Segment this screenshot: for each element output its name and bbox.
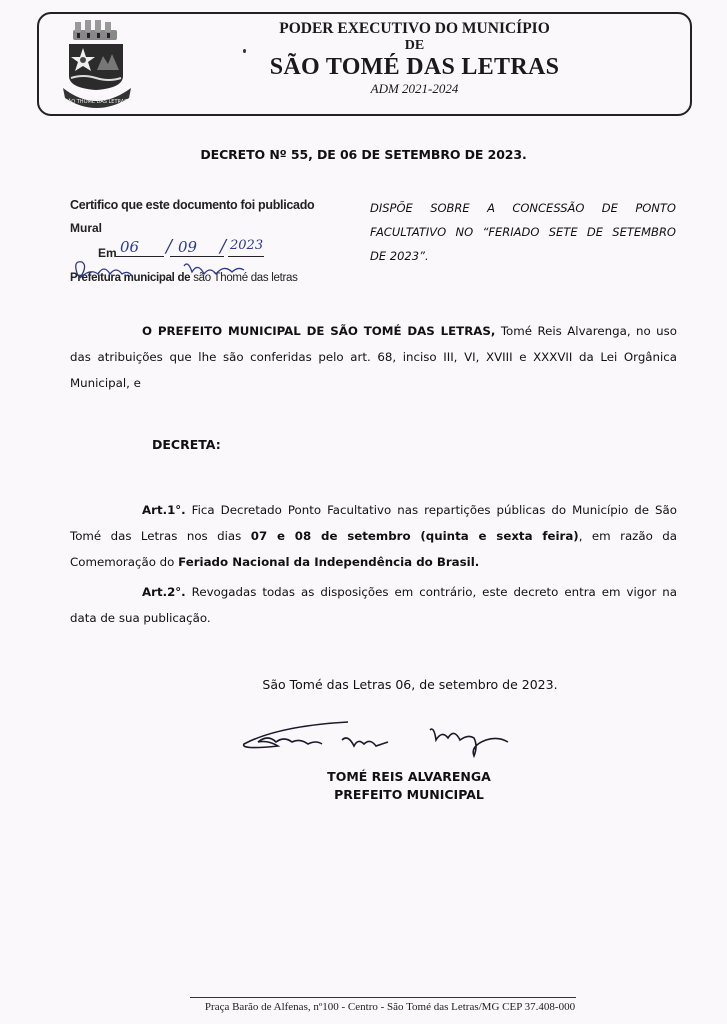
preamble-line: Municipal, e <box>70 370 677 396</box>
article-1-label: Art.1°. <box>142 503 186 517</box>
preamble: O PREFEITO MUNICIPAL DE SÃO TOMÉ DAS LET… <box>70 318 677 396</box>
article-1-text: Fica Decretado Ponto Facultativo nas rep… <box>186 503 677 517</box>
article-1-text: Comemoração do <box>70 555 178 569</box>
preamble-bold: O PREFEITO MUNICIPAL DE SÃO TOMÉ DAS LET… <box>142 324 495 338</box>
decree-title: DECRETO Nº 55, DE 06 DE SETEMBRO DE 2023… <box>0 147 727 162</box>
article-1: Art.1°. Fica Decretado Ponto Facultativo… <box>70 497 677 575</box>
article-1-dates: 07 e 08 de setembro (quinta e sexta feir… <box>251 529 579 543</box>
stamp-location: Mural <box>70 221 360 235</box>
article-2-label: Art.2°. <box>142 585 186 599</box>
stamp-date-year: 2023 <box>230 238 263 253</box>
place-and-date: São Tomé das Letras 06, de setembro de 2… <box>0 677 727 692</box>
decreta-heading: DECRETA: <box>152 437 221 452</box>
municipality-name: SÃO TOMÉ DAS LETRAS <box>159 53 670 81</box>
article-2-text: data de sua publicação. <box>70 605 677 631</box>
article-1-text: , em razão da <box>579 529 677 543</box>
publication-stamp: Certifico que este documento foi publica… <box>70 198 360 235</box>
signatory: TOMÉ REIS ALVARENGA PREFEITO MUNICIPAL <box>0 768 727 804</box>
summary-line: DE 2023”. <box>370 244 676 268</box>
letterhead-line-2: DE <box>159 38 670 53</box>
letterhead-text: PODER EXECUTIVO DO MUNICÍPIO DE SÃO TOMÉ… <box>159 20 670 96</box>
summary-line: DISPÕE SOBRE A CONCESSÃO DE PONTO <box>370 196 676 220</box>
administration-period: ADM 2021-2024 <box>159 81 670 96</box>
footer-address: Praça Barão de Alfenas, nº100 - Centro -… <box>0 1001 727 1013</box>
summary-line: FACULTATIVO NO “FERIADO SETE DE SETEMBRO <box>370 220 676 244</box>
preamble-text: Tomé Reis Alvarenga, no uso <box>495 324 677 338</box>
signatory-role: PREFEITO MUNICIPAL <box>0 786 727 804</box>
stamp-certification-text: Certifico que este documento foi publica… <box>70 198 360 212</box>
mayor-signature-icon <box>238 716 558 762</box>
article-1-text: Tomé das Letras nos dias <box>70 529 251 543</box>
stamp-signature-icon <box>64 252 264 288</box>
footer-divider <box>190 997 576 998</box>
letterhead: SÃO THOMÉ DAS LETRAS PODER EXECUTIVO DO … <box>37 12 692 116</box>
signatory-name: TOMÉ REIS ALVARENGA <box>0 768 727 786</box>
article-1-holiday: Feriado Nacional da Independência do Bra… <box>178 555 479 569</box>
coat-of-arms-icon: SÃO THOMÉ DAS LETRAS <box>59 18 135 110</box>
article-2: Art.2°. Revogadas todas as disposições e… <box>70 579 677 631</box>
article-2-text: Revogadas todas as disposições em contrá… <box>186 585 677 599</box>
preamble-line: das atribuições que lhe são conferidas p… <box>70 344 677 370</box>
svg-text:SÃO THOMÉ DAS LETRAS: SÃO THOMÉ DAS LETRAS <box>65 97 128 105</box>
decree-summary: DISPÕE SOBRE A CONCESSÃO DE PONTO FACULT… <box>370 196 676 268</box>
letterhead-line-1: PODER EXECUTIVO DO MUNICÍPIO <box>159 20 670 38</box>
